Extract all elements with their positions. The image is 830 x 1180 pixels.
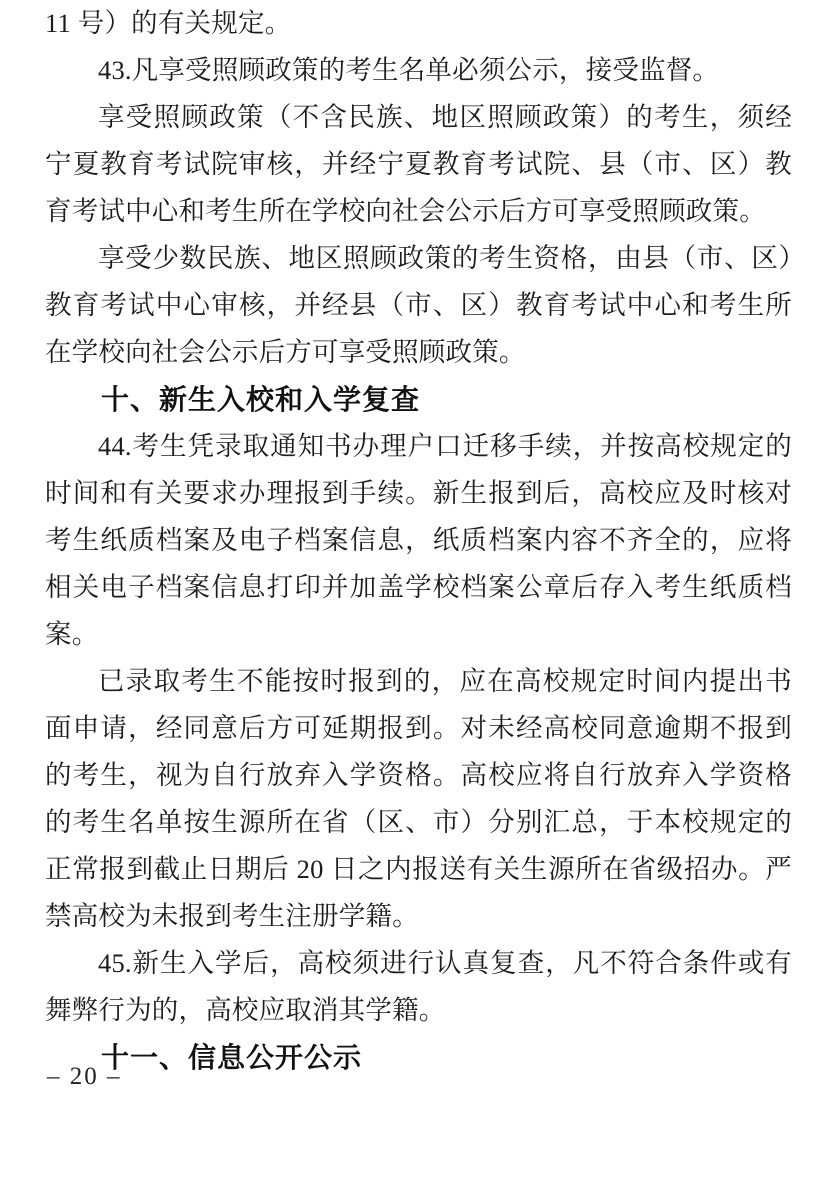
document-page: 11 号）的有关规定。 43.凡享受照顾政策的考生名单必须公示，接受监督。 享受… [0,0,830,1180]
page-number: – 20 – [47,1062,122,1092]
paragraph-item-43: 43.凡享受照顾政策的考生名单必须公示，接受监督。 [45,47,792,94]
paragraph-care-policy-review: 享受照顾政策（不含民族、地区照顾政策）的考生，须经宁夏教育考试院审核，并经宁夏教… [45,94,792,235]
paragraph-late-report-rules: 已录取考生不能按时报到的，应在高校规定时间内提出书面申请，经同意后方可延期报到。… [45,658,792,940]
paragraph-continuation: 11 号）的有关规定。 [45,0,792,47]
paragraph-item-44: 44.考生凭录取通知书办理户口迁移手续，并按高校规定的时间和有关要求办理报到手续… [45,423,792,658]
document-body: 11 号）的有关规定。 43.凡享受照顾政策的考生名单必须公示，接受监督。 享受… [45,0,792,1081]
paragraph-minority-policy-review: 享受少数民族、地区照顾政策的考生资格，由县（市、区）教育考试中心审核，并经县（市… [45,235,792,376]
paragraph-item-45: 45.新生入学后，高校须进行认真复查，凡不符合条件或有舞弊行为的，高校应取消其学… [45,940,792,1034]
section-heading-10-enrollment-recheck: 十、新生入校和入学复查 [45,376,792,423]
section-heading-11-information-disclosure: 十一、信息公开公示 [45,1034,792,1081]
